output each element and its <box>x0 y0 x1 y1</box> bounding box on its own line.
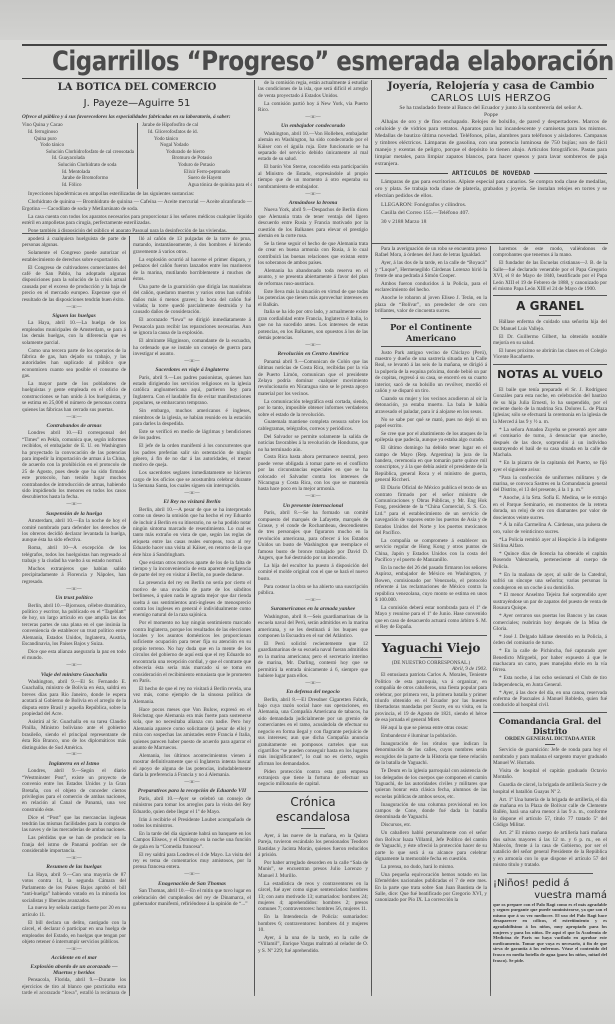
article-paragraph: haremos de este modo, valiéndonos de com… <box>493 246 607 259</box>
article-paragraph: La nueva ley señala castigo fuerte por 2… <box>22 905 126 918</box>
novedad-title: ARTICULOS DE NOVEDAD <box>448 170 534 177</box>
article-paragraph: “Para la confección de uniformes militar… <box>493 475 607 494</box>
article-paragraph: El bill declara un delito, castigado con… <box>22 920 126 946</box>
botica-subtitle: J. Payeze—Aguirre 51 <box>22 97 252 111</box>
article-paragraph: En la noche del 26 del pasado firmaron l… <box>375 565 487 603</box>
article-paragraph: Dice que esta alianza aseguraría la paz … <box>22 649 126 662</box>
article-title: Viaje del ministro Guachalla <box>22 672 126 678</box>
article-paragraph: Los sacerdotes seglares inmediatamente s… <box>133 470 251 489</box>
botica-intro: Ofrece al público y á sus favorecedores … <box>22 114 252 120</box>
article-title: Preparativos para la recepción de Eduard… <box>133 788 251 794</box>
notas-title: NOTAS AL VUELO <box>493 368 607 382</box>
column-5: haremos de este modo, valiéndonos de com… <box>493 246 607 996</box>
article-paragraph: Embanderar é iluminar la población. <box>375 733 487 739</box>
article-title: Suramericanos en la armada yankee <box>258 606 368 612</box>
article-paragraph: Sin embargo, muchos americanos é inglese… <box>133 408 251 427</box>
novedad-heading: ARTICULOS DE NOVEDAD <box>375 170 607 177</box>
column-divider <box>490 246 491 996</box>
divider <box>539 315 561 316</box>
article-paragraph: Para costear la obra se ha abierto una s… <box>258 584 368 597</box>
article-paragraph: Piden protección contra esta gran empres… <box>258 769 368 788</box>
article-paragraph: Se la tiene seguir el hecho de que Alema… <box>258 241 368 267</box>
product-item: Jarabe de Hipofosfito de cal <box>142 123 252 130</box>
column-divider <box>371 80 372 996</box>
section-separator: —:o:— <box>133 359 251 365</box>
ninos-ad-title-1: ¡Niños! pedid á <box>493 878 607 890</box>
section-separator: —:o:— <box>22 856 126 862</box>
section-separator: —:o:— <box>258 494 368 500</box>
column-divider <box>129 236 130 996</box>
product-item: Id. Fólico <box>22 183 134 190</box>
botica-ad: LA BOTICA DEL COMERCIO J. Payeze—Aguirre… <box>22 80 252 232</box>
continente-title: Por el Continente Americano <box>375 322 487 344</box>
article-title: Un presente internacional <box>258 503 368 509</box>
article-paragraph: La comunicación telegráfica está cortada… <box>258 399 368 418</box>
article-paragraph: Italia se ha ido por otro lado, y actual… <box>258 309 368 341</box>
botica-note: Clorhidrato de quinina — Bromhidrato de … <box>22 199 252 212</box>
article-paragraph: No se sabe por qué se mató, pues no dejó… <box>375 417 487 430</box>
column-divider <box>254 80 255 996</box>
product-item: Id. Guayacolada <box>22 156 134 163</box>
product-item: Suero de Hayem <box>142 176 252 183</box>
product-item: Yodo tánico <box>142 137 252 144</box>
joyeria-body: Alhajas de oro y de fino enchapado. Relo… <box>375 119 607 168</box>
llegaron-text: LLEGARON: Fonógrafos y cilindros. <box>375 202 607 209</box>
article-paragraph: Este lleva más la situación en virtud de… <box>258 289 368 308</box>
article-paragraph: * La señora Amadea Zuyeba se presentó ay… <box>493 427 607 459</box>
section-separator: —:o:— <box>133 872 251 878</box>
botica-list-right: Jarabe de Hipofosfito de calId. Glicerof… <box>138 123 252 189</box>
article-paragraph: La explosión ocurrió al hacerse el prime… <box>133 257 251 283</box>
article-paragraph: * En la pizarra de la capitanía del Puer… <box>493 460 607 473</box>
article-paragraph: El hecho de que el rey no visitará á Ber… <box>133 686 251 705</box>
article-paragraph: La prensa, no dudo, hará lo mismo. <box>375 864 487 870</box>
section-separator: —:o:— <box>22 305 126 311</box>
article-paragraph: Alemania, los últimos acontecimientos vi… <box>133 753 251 779</box>
cronica-title: Crónica escandalosa <box>258 795 368 825</box>
column-4: Para la averiguación de un robo se encue… <box>375 246 487 996</box>
joyeria-ad: Joyería, Relojería y casa de Cambio CARL… <box>375 80 607 242</box>
section-separator: —:o:— <box>258 343 368 349</box>
article-paragraph: * Ayer cerraron sus puertas los Bancos y… <box>493 613 607 632</box>
product-item: Nogal Yodado <box>142 143 252 150</box>
article-paragraph: Discursos, etc. <box>375 822 487 828</box>
divider <box>420 657 442 658</box>
article-paragraph: Londres, abril 9.—Según el diario “Westm… <box>22 768 126 813</box>
article-paragraph: La mayor parte de los pobladores de huel… <box>22 381 126 413</box>
article-paragraph: * Á la niña Carmelina A. Cárdenas, una p… <box>493 522 607 535</box>
granel-title: A GRANEL <box>493 299 607 314</box>
product-item: Vino Quina y Cacao <box>22 123 134 130</box>
article-paragraph: San Thomas, abril 10.—En el mitin que tu… <box>133 888 251 907</box>
article-paragraph: Berlín, abril 10.—Bjornson, célebre dram… <box>22 603 126 648</box>
article-title: Enagenación de San Thomas <box>133 881 251 887</box>
article-paragraph: La estadística de reos y contraventores … <box>258 881 368 913</box>
article-paragraph: Por el momento no hay ningún sentimiento… <box>133 620 251 684</box>
article-paragraph: París, abril 9.—Los padres pasionistas, … <box>133 375 251 407</box>
article-paragraph: El fundador de las Escuelas cristianas—J… <box>493 260 607 292</box>
joyeria-title: Joyería, Relojería y casa de Cambio <box>375 80 607 93</box>
article-paragraph: Washington, abril 9.—El Sr. Fernando E. … <box>22 679 126 717</box>
article-paragraph: El último domingo ha debido tener lugar … <box>375 445 487 483</box>
cigarrillos-banner-ad: Cigarrillos “Progreso” esmerada elaborac… <box>22 44 607 79</box>
article-subtitle: Explosión abordo de un acorazado — Muert… <box>22 964 126 977</box>
article-paragraph: En la Intendencia de Policía: sumariados… <box>258 914 368 933</box>
article-paragraph: El rey saldrá para Londres el 4 de Mayo.… <box>133 852 251 871</box>
section-separator: —:o:— <box>22 663 126 669</box>
article-paragraph: Inauguración de los rótulos que indican … <box>375 741 487 767</box>
article-paragraph: Muchos extranjeros que habían salido pre… <box>22 566 126 585</box>
article-paragraph: Visita de hospital el capitán graduado O… <box>493 768 607 781</box>
article-paragraph: * El menor Anselmo Tejeira fué sorprendi… <box>493 592 607 611</box>
article-paragraph: El Dr. Guillermo Gilbert, ha obtenido no… <box>493 334 607 347</box>
article-paragraph: Washington, abril 10.—Von Holleben, emba… <box>258 131 368 163</box>
yaguachi-title: Yaguachi Viejo <box>375 640 487 656</box>
article-paragraph: El Perú solicitó recientemente que 12 gu… <box>258 641 368 679</box>
divider <box>258 791 368 792</box>
column-3: de la comisión regia, están actualmente … <box>258 80 368 996</box>
article-paragraph: * En la mañana de ayer, al salir de la C… <box>493 572 607 591</box>
section-separator: —:o:— <box>258 192 368 198</box>
article-paragraph: Irán á recibirle el Presidente Loubet ac… <box>133 817 251 830</box>
product-item: Elixir Ferro-peptonado <box>142 170 252 177</box>
ninos-ad-body: que os prepare con el Palo Ragi como es … <box>493 902 607 964</box>
product-item: Yodurado de hierro <box>142 150 252 157</box>
product-item: Id. ferruginoso <box>22 130 134 137</box>
article-paragraph: de la comisión regia, están actualmente … <box>258 80 368 99</box>
divider <box>381 346 481 347</box>
column-1: apoderá á cualquiera huelguista de parte… <box>22 236 126 996</box>
product-item: Quina puro <box>22 137 134 144</box>
article-paragraph: El acorazado “Iowa” se dirigió inmediata… <box>133 317 251 336</box>
article-paragraph: Ayer, á las dos de la tarde, en la calle… <box>375 260 487 279</box>
article-title: Sacerdotes en viaje á Inglaterra <box>133 367 251 373</box>
section-separator: —:o:— <box>22 587 126 593</box>
article-paragraph: Art. 2º El mismo cuerpo de artillería ha… <box>493 830 607 868</box>
article-paragraph: * Quince días de licencia ha obtenido el… <box>493 551 607 570</box>
botica-title: LA BOTICA DEL COMERCIO <box>22 82 252 94</box>
divider <box>372 243 608 244</box>
article-title: Siguen las huelgas <box>22 313 126 319</box>
article-paragraph: La hija del escultor ha puesto á disposi… <box>258 563 368 582</box>
article-title: Un trust político <box>22 595 126 601</box>
article-paragraph: Una pequeña equivocación hemos notado en… <box>375 872 487 904</box>
article-paragraph: Un caballero habló personalmente con el … <box>375 830 487 862</box>
botica-product-lists: Vino Quina y CacaoId. ferruginosoQuina p… <box>22 123 252 189</box>
product-item: Yodo tánico <box>22 143 134 150</box>
article-paragraph: Anoche le robaron al joven Eliseo J. Ter… <box>375 295 487 314</box>
article-paragraph: París, abril 8.—Se ha formado un comité … <box>258 510 368 561</box>
article-paragraph: Ayer, á las nueve de la mañana, en la Qu… <box>258 833 368 859</box>
joyeria-ref: 30 v 2188 Marzo 18 <box>375 219 607 226</box>
article-paragraph: Este se verificó en medio de lágrimas y … <box>133 429 251 442</box>
section-separator: —:o:— <box>22 502 126 508</box>
article-paragraph: Ayer, á la una de la tarde, en la calle … <box>258 935 368 954</box>
divider <box>545 744 555 745</box>
article-paragraph: La comisión partió hoy á New York, vía P… <box>258 101 368 114</box>
article-paragraph: Una parte de la guarnición que dirigía l… <box>133 284 251 316</box>
article-paragraph: Washington, abril 8.—Seis guardiamarinas… <box>258 614 368 640</box>
article-paragraph: Nueva York, abril 9.—Despachos de Berlín… <box>258 207 368 239</box>
divider <box>22 233 254 234</box>
divider <box>375 635 487 636</box>
article-paragraph: lló al cañón de 13 pulgadas de la torre … <box>133 236 251 255</box>
article-paragraph: En la tarde del día siguiente habrá un b… <box>133 831 251 850</box>
article-paragraph: El lunes próximo se abrirán las clases e… <box>493 348 607 361</box>
article-paragraph: Para la averiguación de un robo se encue… <box>375 246 487 259</box>
article-paragraph: El almirante Higginson, comandante de la… <box>133 338 251 357</box>
article-title: Resumen de las huelgas <box>22 864 126 870</box>
article-paragraph: Ambos fueron conducidos á la Policía, pa… <box>375 281 487 294</box>
product-item: Id. Mentolada <box>22 170 134 177</box>
product-item: Agua tónica de quinina para el cabello <box>142 183 252 190</box>
article-paragraph: Asistirá al Sr. Guachalla en su tarea Cl… <box>22 719 126 751</box>
product-item: Solución Clorhidrato de soda <box>22 163 134 170</box>
novedad-body: Lámparas de gas para escritorios. Alpist… <box>375 179 607 200</box>
article-paragraph: Dice el “Post” que las mercancías ingles… <box>22 815 126 834</box>
divider <box>539 383 561 384</box>
article-title: Contrabandos de armas <box>22 423 126 429</box>
article-paragraph: Se cree que por el abatimiento de los at… <box>375 431 487 444</box>
column-2: lló al cañón de 13 pulgadas de la torre … <box>133 236 251 996</box>
article-paragraph: Panamá abril 9.—Comunican de Colón que l… <box>258 359 368 397</box>
article-title: En defensa del negocio <box>258 689 368 695</box>
article-paragraph: Que existan otros motivos aparte de los … <box>133 560 251 579</box>
page-top-margin <box>0 0 615 40</box>
product-item: Bromuro de Potasio <box>142 156 252 163</box>
article-paragraph: Inauguración de una columna provisional … <box>375 802 487 821</box>
article-paragraph: El baile que tenía preparado el Sr. J. R… <box>493 387 607 425</box>
botica-note: La casa cuenta con todos los aparatos ne… <box>22 214 252 227</box>
section-separator: —:o:— <box>22 947 126 953</box>
article-paragraph: Por haber arreglado desorden en la calle… <box>258 860 368 879</box>
article-paragraph: Servicio de guarnición: Jefe de ronda pa… <box>493 747 607 766</box>
article-title: Accidente en el mar <box>22 955 126 961</box>
article-paragraph: El entusiasta patriota Carlos A. Morales… <box>375 672 487 723</box>
article-paragraph: * En la calle de Pichincha, fué capturad… <box>493 648 607 674</box>
article-paragraph: Art. 1º Una batería de la brigada de art… <box>493 797 607 829</box>
article-paragraph: Roma, abril 10—A excepción de los telégr… <box>22 545 126 564</box>
divider <box>507 873 593 874</box>
product-item: Jarabe de Bromoformo <box>22 176 134 183</box>
article-paragraph: Costa Rica hasta ahora permanece neutral… <box>258 454 368 492</box>
article-paragraph: El barón Von Sterne, concedido esta part… <box>258 164 368 190</box>
botica-note: Pone también á disposición del público e… <box>22 228 252 232</box>
article-paragraph: Cuando su mujer y los vecinos acudieron … <box>375 396 487 415</box>
article-paragraph: La comisión deberá estar nombrada para e… <box>375 605 487 631</box>
divider <box>493 364 607 365</box>
article-paragraph: Justo Park antiguo vecino de Chiclayo (P… <box>375 350 487 395</box>
article-paragraph: Te Deum en la iglesia parroquial con asi… <box>375 768 487 800</box>
joyeria-owner: CARLOS LUIS HERZOG <box>375 93 607 105</box>
section-separator: —:o:— <box>258 598 368 604</box>
comandancia-subtitle: ORDEN GENERAL DICTADA AYER <box>493 736 607 742</box>
page-bottom-margin <box>0 990 615 1024</box>
divider <box>381 318 481 319</box>
article-paragraph: La compañía se compromete á establecer u… <box>375 538 487 564</box>
botica-note: Inyecciones hipodérmicas en ampollas est… <box>22 191 252 197</box>
article-paragraph: Londres abril 10.—El corresponsal del “T… <box>22 430 126 500</box>
joyeria-location: Se ha trasladado frente al Banco del Ecu… <box>375 105 607 119</box>
article-paragraph: * Anoche, á la Srta. Sofía E. Medina, se… <box>493 495 607 521</box>
divider <box>493 712 607 713</box>
section-separator: —:o:— <box>133 780 251 786</box>
botica-list-left: Vino Quina y CacaoId. ferruginosoQuina p… <box>22 123 138 189</box>
article-paragraph: Las pérdidas que se han de producir en l… <box>22 835 126 854</box>
product-item: Id. Glicerofosfatos de id. <box>142 130 252 137</box>
article-paragraph: * Ayer, á las doce del día, en una canoa… <box>493 690 607 709</box>
article-paragraph: El Diario Oficial de México publica el t… <box>375 485 487 536</box>
article-paragraph: Alemania ha abandonado toda reserva en e… <box>258 268 368 287</box>
product-item: Solución Clorhidrofosfato de cal creosot… <box>22 150 134 157</box>
article-paragraph: Solamente el Congreso puede autorizar el… <box>22 250 126 263</box>
article-paragraph: apoderá á cualquiera huelguista de parte… <box>22 236 126 249</box>
newspaper-page: Cigarrillos “Progreso” esmerada elaborac… <box>0 0 615 1024</box>
article-paragraph: Berlín, abril 10.—A pesar de que se ha i… <box>133 507 251 558</box>
article-paragraph: *La Policía remitió ayer al Hospicio á l… <box>493 537 607 550</box>
article-paragraph: La Haya, abril 10.—La huelga de los empl… <box>22 320 126 346</box>
article-title: Armándose la broma <box>258 200 368 206</box>
article-paragraph: Berlín, abril 8.—El Dresdner Cigaretten … <box>258 697 368 767</box>
section-separator: —:o:— <box>22 752 126 758</box>
article-paragraph: * José J. Delgado hállase detenido en la… <box>493 634 607 647</box>
contact-text: Casilla del Correo 155.—Teléfono 407. <box>375 210 607 217</box>
article-paragraph: Como una tercera parte de los operarios … <box>22 348 126 380</box>
section-separator: —:o:— <box>258 681 368 687</box>
article-paragraph: El Congreso de cultivadores comerciantes… <box>22 265 126 303</box>
article-paragraph: El jefe de la orden manifestó á los conc… <box>133 443 251 469</box>
divider <box>493 295 607 296</box>
article-paragraph: Hállase enferma de cuidado una señorita … <box>493 319 607 332</box>
article-title: Un embajador condecorado <box>258 123 368 129</box>
article-title: Suspensión de la huelga <box>22 511 126 517</box>
article-paragraph: La presencia del rey en Berlín no sería … <box>133 580 251 618</box>
article-title: Revolución en Centro América <box>258 351 368 357</box>
comandancia-title: Comandancia Gral. del Distrito <box>493 716 607 736</box>
article-paragraph: La Haya, abril 9.—Con una mayoría de 87 … <box>22 872 126 904</box>
ninos-ad-title-2: vuestra mamá <box>493 890 607 902</box>
article-paragraph: Guardia de cárcel, la brigada de artille… <box>493 782 607 795</box>
section-separator: —:o:— <box>258 115 368 121</box>
divider <box>301 828 325 829</box>
article-paragraph: Hé aquí la que se piensa entre otras cos… <box>375 725 487 731</box>
article-paragraph: París, abril 10.—Ayer se celebró un cons… <box>133 796 251 815</box>
article-paragraph: * Esta noche, á las ocho sesionará el Cl… <box>493 675 607 688</box>
section-separator: —:o:— <box>133 491 251 497</box>
article-paragraph: Amsterdam, abril 10.—En la noche de hoy … <box>22 518 126 544</box>
article-title: El Rey no visitará Berlín <box>133 499 251 505</box>
article-paragraph: Hace pocos meses que Von Bulow, expresó … <box>133 707 251 752</box>
article-paragraph: Guatemala mantiene completa censura sobr… <box>258 419 368 432</box>
product-item: Yoduro de Potasio <box>142 163 252 170</box>
banner-headline: Cigarrillos “Progreso” esmerada elaborac… <box>52 47 614 77</box>
article-paragraph: Del Salvador se permite solamente la sal… <box>258 434 368 453</box>
section-separator: —:o:— <box>22 415 126 421</box>
article-title: Inglaterra en el Istmo <box>22 761 126 767</box>
